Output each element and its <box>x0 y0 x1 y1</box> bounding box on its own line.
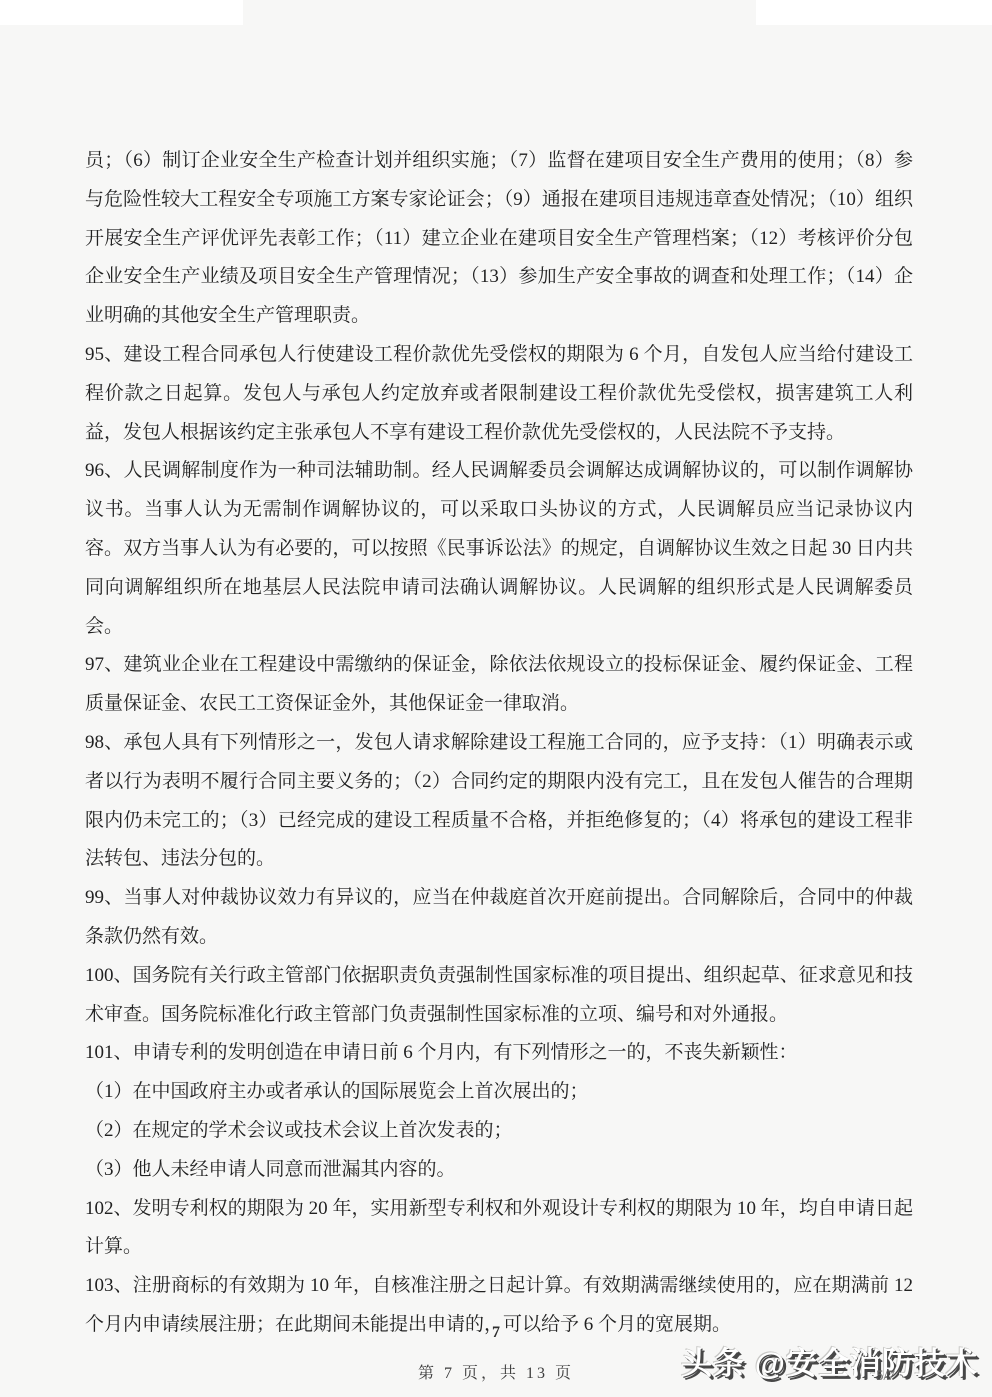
toutiao-watermark: 头条 @安全消防技术 <box>681 1338 978 1383</box>
paragraph-item-95: 95、建设工程合同承包人行使建设工程价款优先受偿权的期限为 6 个月，自发包人应… <box>85 336 913 452</box>
top-right-white-strip <box>756 0 992 25</box>
top-left-white-strip <box>0 0 243 25</box>
paragraph-item-96: 96、人民调解制度作为一种司法辅助制。经人民调解委员会调解达成调解协议的，可以制… <box>85 452 913 646</box>
document-page: { "document": { "paragraphs": [ "员；（6）制订… <box>0 0 992 1397</box>
paragraph-item-94-continuation: 员；（6）制订企业安全生产检查计划并组织实施；（7）监督在建项目安全生产费用的使… <box>85 142 913 336</box>
document-body: 员；（6）制订企业安全生产检查计划并组织实施；（7）监督在建项目安全生产费用的使… <box>85 142 913 1345</box>
paragraph-item-101-sub-2: （2）在规定的学术会议或技术会议上首次发表的； <box>85 1112 913 1151</box>
paragraph-item-102: 102、发明专利权的期限为 20 年，实用新型专利权和外观设计专利权的期限为 1… <box>85 1190 913 1268</box>
paragraph-item-97: 97、建筑业企业在工程建设中需缴纳的保证金，除依法依规设立的投标保证金、履约保证… <box>85 646 913 724</box>
paragraph-item-101-sub-1: （1）在中国政府主办或者承认的国际展览会上首次展出的； <box>85 1073 913 1112</box>
corner-progress-mark: 5/7 <box>876 1368 895 1385</box>
paragraph-item-101-sub-3: （3）他人未经申请人同意而泄漏其内容的。 <box>85 1151 913 1190</box>
paragraph-item-99: 99、当事人对仲裁协议效力有异议的，应当在仲裁庭首次开庭前提出。合同解除后，合同… <box>85 879 913 957</box>
paragraph-item-101: 101、申请专利的发明创造在申请日前 6 个月内，有下列情形之一的，不丧失新颖性… <box>85 1034 913 1073</box>
paragraph-item-100: 100、国务院有关行政主管部门依据职责负责强制性国家标准的项目提出、组织起草、征… <box>85 957 913 1035</box>
paragraph-item-98: 98、承包人具有下列情形之一，发包人请求解除建设工程施工合同的，应予支持：（1）… <box>85 724 913 879</box>
